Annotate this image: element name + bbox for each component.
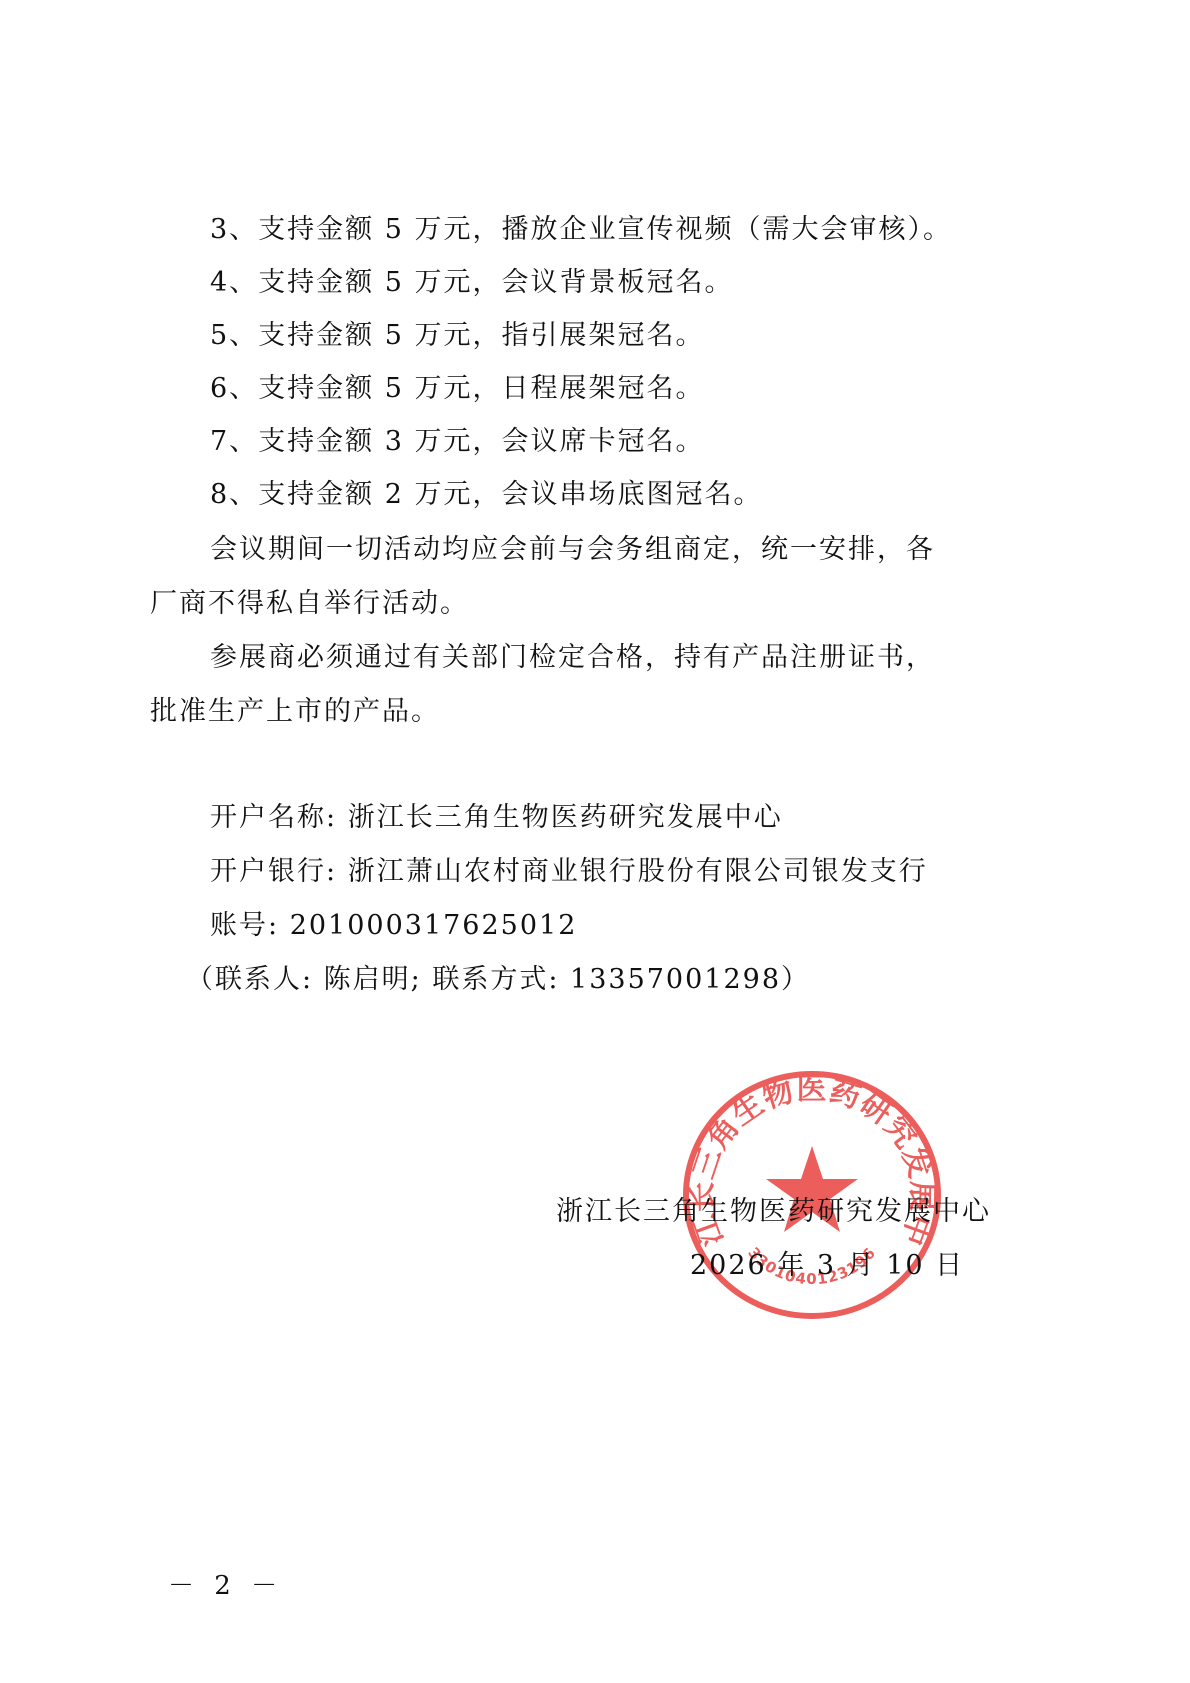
account-name-value: 浙江长三角生物医药研究发展中心 — [348, 802, 783, 833]
item-number: 7、 — [210, 426, 258, 457]
page-number: － 2 － — [168, 1565, 283, 1602]
document-page: 3、支持金额 5 万元，播放企业宣传视频（需大会审核）。 4、支持金额 5 万元… — [0, 0, 1190, 1683]
list-item-3: 3、支持金额 5 万元，播放企业宣传视频（需大会审核）。 — [210, 212, 952, 248]
item-text: 支持金额 2 万元，会议串场底图冠名。 — [258, 479, 762, 510]
signature-organization: 浙江长三角生物医药研究发展中心 — [556, 1194, 991, 1230]
contact-line: （联系人: 陈启明; 联系方式: 13357001298） — [186, 962, 810, 998]
list-item-7: 7、支持金额 3 万元，会议席卡冠名。 — [210, 424, 705, 460]
list-item-8: 8、支持金额 2 万元，会议串场底图冠名。 — [210, 477, 763, 513]
paragraph-exhibitors-line2: 批准生产上市的产品。 — [150, 694, 440, 730]
account-name-row: 开户名称: 浙江长三角生物医药研究发展中心 — [210, 800, 783, 836]
item-number: 4、 — [210, 267, 258, 298]
item-text: 支持金额 5 万元，播放企业宣传视频（需大会审核）。 — [258, 214, 952, 245]
list-item-5: 5、支持金额 5 万元，指引展架冠名。 — [210, 318, 705, 354]
paragraph-activities-line2: 厂商不得私自举行活动。 — [150, 586, 469, 622]
paragraph-activities-line1: 会议期间一切活动均应会前与会务组商定，统一安排，各 — [210, 532, 935, 568]
item-text: 支持金额 3 万元，会议席卡冠名。 — [258, 426, 704, 457]
account-bank-row: 开户银行: 浙江萧山农村商业银行股份有限公司银发支行 — [210, 854, 928, 890]
signature-date: 2026 年 3 月 10 日 — [690, 1248, 964, 1284]
account-number-label: 账号: — [210, 910, 279, 941]
account-number-row: 账号: 201000317625012 — [210, 908, 577, 944]
item-text: 支持金额 5 万元，会议背景板冠名。 — [258, 267, 733, 298]
item-text: 支持金额 5 万元，日程展架冠名。 — [258, 373, 704, 404]
item-number: 5、 — [210, 320, 258, 351]
account-name-label: 开户名称: — [210, 802, 337, 833]
paragraph-exhibitors-line1: 参展商必须通过有关部门检定合格，持有产品注册证书， — [210, 640, 935, 676]
account-number-value: 201000317625012 — [290, 910, 578, 941]
account-bank-value: 浙江萧山农村商业银行股份有限公司银发支行 — [348, 856, 928, 887]
item-number: 6、 — [210, 373, 258, 404]
item-text: 支持金额 5 万元，指引展架冠名。 — [258, 320, 704, 351]
account-bank-label: 开户银行: — [210, 856, 337, 887]
item-number: 3、 — [210, 214, 258, 245]
list-item-4: 4、支持金额 5 万元，会议背景板冠名。 — [210, 265, 734, 301]
item-number: 8、 — [210, 479, 258, 510]
list-item-6: 6、支持金额 5 万元，日程展架冠名。 — [210, 371, 705, 407]
